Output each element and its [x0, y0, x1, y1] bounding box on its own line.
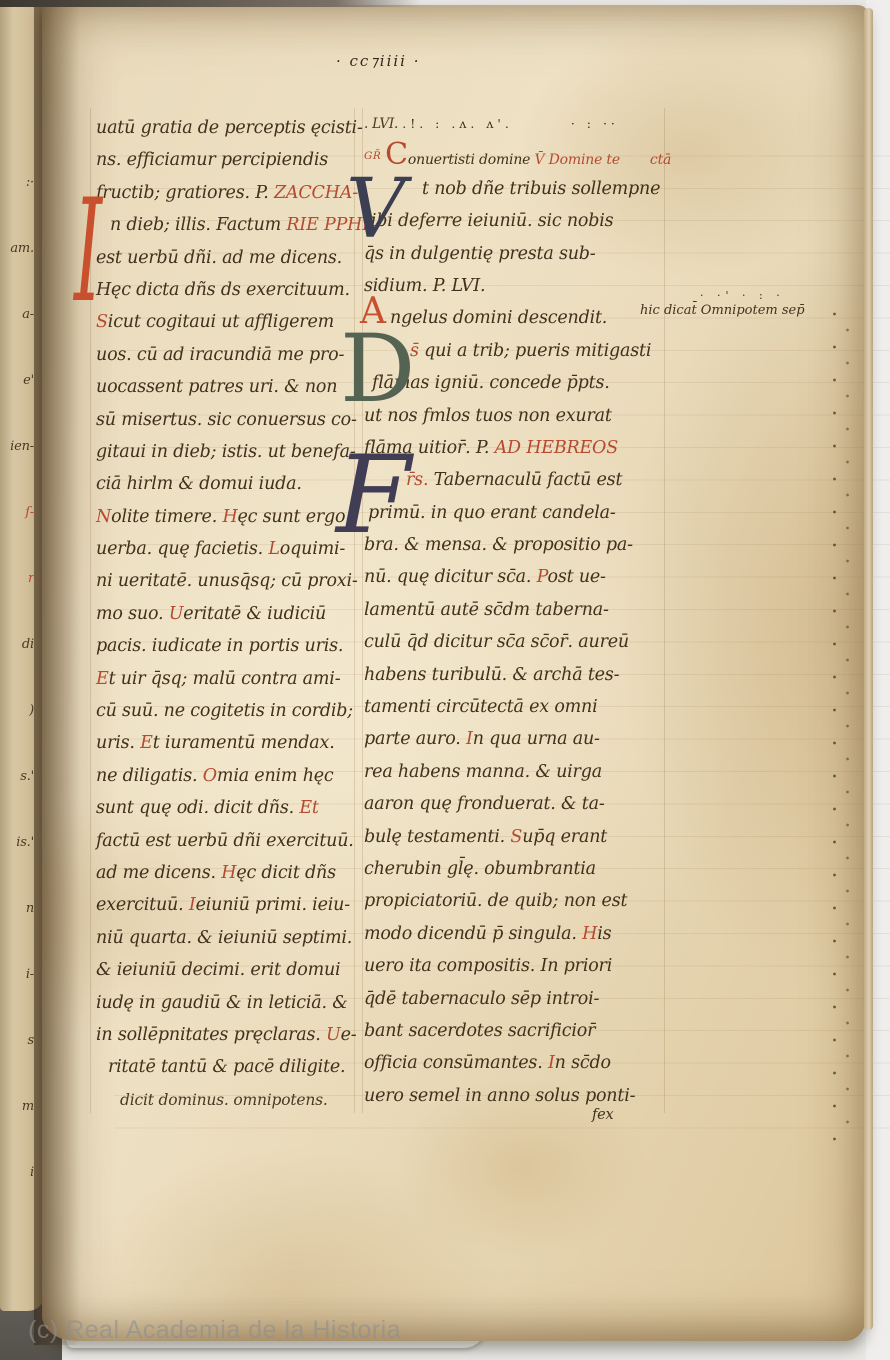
body-text: ien- — [10, 439, 34, 454]
body-text: bant sacerdotes sacrificior̄ — [364, 1021, 595, 1041]
body-text: ęc dicit dñs — [236, 863, 336, 883]
body-text: eritatē & iudiciū — [183, 604, 326, 624]
body-text: pacis. iudicate in portis uris. — [96, 636, 343, 656]
rubric-text: AD HEBREOS — [495, 438, 618, 458]
text-line: cherubin gl̄ę. obumbrantia — [364, 853, 666, 885]
body-text: in sollēpnitates pręclaras. — [96, 1025, 326, 1045]
body-text: gitaui in dieb; istis. ut benefa- — [96, 442, 356, 462]
body-text: :· — [26, 175, 34, 190]
text-line: ) — [0, 678, 34, 744]
body-text: n dieb; illis. Factum — [110, 215, 286, 235]
manuscript-photo: · cc⁊iiii · :·am.a-e'ien-ſ-rdi)s.'is.'ni… — [0, 0, 890, 1360]
rubric-text: N — [96, 507, 111, 527]
body-text: uero ita compositis. In priori — [364, 956, 612, 976]
body-text: Tabernaculū factū est — [434, 470, 623, 490]
body-text: cū suū. ne cogitetis in cordib; — [96, 701, 353, 721]
rubric-text: ſ- — [25, 505, 34, 520]
body-text: uerba. quę facietis. — [96, 539, 268, 559]
text-line: tamenti circūtectā ex omni — [364, 691, 666, 723]
body-text: .!. : .ʌ. ʌ'. — [402, 116, 513, 131]
body-text: i- — [26, 967, 34, 982]
page-top-edge — [0, 0, 420, 7]
text-line: sidium. P. LVI. — [364, 270, 666, 302]
body-text: qui a trib; pueris mitigasti — [424, 341, 651, 361]
text-line: tibi deferre ieiuniū. sic nobis — [364, 205, 666, 237]
text-line: Hęc dicta dñs ds exercituum. — [96, 274, 358, 306]
body-text: niū quarta. & ieiuniū septimi. — [96, 928, 352, 948]
rubric-text: E — [96, 669, 109, 689]
body-text: n — [26, 901, 34, 916]
rubric-text: r — [28, 571, 34, 586]
body-text: is.' — [16, 835, 34, 850]
text-line: Sicut cogitaui ut affligerem — [96, 306, 358, 338]
text-line: & ieiuniū decimi. erit domui — [96, 954, 358, 986]
body-text: is — [597, 924, 611, 944]
body-text: uero semel in anno solus ponti- — [364, 1086, 635, 1106]
rubric-text: E — [140, 733, 153, 753]
body-text: rea habens manna. & uirga — [364, 762, 602, 782]
text-line: n — [0, 876, 34, 942]
pricking-dots — [846, 328, 849, 1128]
body-text: uocassent patres uri. & non — [96, 377, 337, 397]
left-text-column: uatū gratia de perceptis ęcisti-ns. effi… — [96, 112, 358, 1116]
initial-v-collect: V — [346, 170, 405, 250]
body-text: Hęc dicta dñs ds exercituum. — [96, 280, 350, 300]
rubric-text: I — [189, 895, 196, 915]
rubric-text: U — [169, 604, 184, 624]
body-text: exercituū. — [96, 895, 189, 915]
pricking-dots — [833, 312, 836, 1144]
text-line: factū est uerbū dñi exercituū. — [96, 825, 358, 857]
body-text: e' — [23, 373, 34, 388]
text-line: uocassent patres uri. & non — [96, 371, 358, 403]
text-line: q̄s in dulgentię presta sub- — [364, 238, 666, 270]
body-text: onuertisti domine — [408, 152, 535, 168]
body-text: s.' — [20, 769, 34, 784]
body-text: mo suo. — [96, 604, 169, 624]
text-line: ciā hirlm & domui iuda. — [96, 468, 358, 500]
text-line: i- — [0, 942, 34, 1008]
text-line: i — [0, 1140, 34, 1206]
body-text: sunt quę odi. dicit dñs. — [96, 798, 299, 818]
body-text: & ieiuniū decimi. erit domui — [96, 960, 340, 980]
initial-i-lectio: I — [74, 196, 102, 308]
text-line: lamentū autē sc̄dm taberna- — [364, 594, 666, 626]
body-text: ns. efficiamur percipiendis — [96, 150, 328, 170]
text-line: niū quarta. & ieiuniū septimi. — [96, 922, 358, 954]
text-line: in sollēpnitates pręclaras. Ue- — [96, 1019, 358, 1051]
body-text: eiuniū primi. ieiu- — [196, 895, 350, 915]
text-line: aaron quę fronduerat. & ta- — [364, 788, 666, 820]
body-text: iudę in gaudiū & in leticiā. & — [96, 993, 348, 1013]
body-text: uos. cū ad iracundiā me pro- — [96, 345, 344, 365]
body-text: ) — [29, 703, 34, 718]
text-line: bant sacerdotes sacrificior̄ — [364, 1015, 666, 1047]
text-line: nū. quę dicitur sc̄a. Post ue- — [364, 561, 666, 593]
facing-page-text-fragments: :·am.a-e'ien-ſ-rdi)s.'is.'ni-smi — [0, 150, 34, 1206]
text-line: gitaui in dieb; istis. ut benefa- — [96, 436, 358, 468]
right-text-column: . LVI. .!. : .ʌ. ʌ'.· : ··GR̄ Conuertist… — [364, 108, 666, 1125]
fore-edge — [864, 8, 873, 1330]
body-text: fructib; gratiores. P. — [96, 183, 274, 203]
text-line: uatū gratia de perceptis ęcisti- — [96, 112, 358, 144]
text-line: modo dicendū p̄ singula. His — [364, 918, 666, 950]
body-text: cherubin gl̄ę. obumbrantia — [364, 859, 596, 879]
body-text: s — [28, 1033, 34, 1048]
text-line: ſ- — [0, 480, 34, 546]
body-text: factū est uerbū dñi exercituū. — [96, 831, 354, 851]
body-text: a- — [22, 307, 34, 322]
body-text: tamenti circūtectā ex omni — [364, 697, 598, 717]
rubric-text: S — [510, 827, 522, 847]
body-text: est uerbū dñi. ad me dicens. — [96, 248, 342, 268]
body-text: ost ue- — [548, 567, 606, 587]
body-text: up̄q erant — [522, 827, 607, 847]
body-text: q̄dē tabernaculo sēp introi- — [364, 989, 599, 1009]
text-line: ad me dicens. Hęc dicit dñs — [96, 857, 358, 889]
text-line: e' — [0, 348, 34, 414]
body-text: habens turibulū. & archā tes- — [364, 665, 619, 685]
body-text: ciā hirlm & domui iuda. — [96, 474, 302, 494]
text-line: sū misertus. sic conuersus co- — [96, 404, 358, 436]
body-text: ęc sunt ergo — [238, 507, 346, 527]
body-text: e- — [341, 1025, 357, 1045]
rubric-text: H — [221, 863, 236, 883]
text-line: uero semel in anno solus ponti- — [364, 1080, 666, 1112]
text-line: Et uir q̄sq; malū contra ami- — [96, 663, 358, 695]
body-text: mia enim hęc — [217, 766, 334, 786]
text-line: officia consūmantes. In sc̄do — [364, 1047, 666, 1079]
text-line: fructib; gratiores. P. ZACCHA- — [96, 177, 358, 209]
text-line: t nob dñe tribuis sollempne — [364, 173, 666, 205]
body-text: t iuramentū mendax. — [153, 733, 335, 753]
text-line: ni ueritatē. unusq̄sq; cū proxi- — [96, 565, 358, 597]
body-text: uatū gratia de perceptis ęcisti- — [96, 118, 363, 138]
margin-note-neumes: · ·' · : · — [640, 288, 855, 303]
text-line: s — [0, 1008, 34, 1074]
text-line: dicit dominus. omnipotens. — [96, 1084, 358, 1116]
text-line: bulę testamenti. Sup̄q erant — [364, 821, 666, 853]
body-text: . LVI. — [364, 116, 402, 132]
rubric-text: U — [326, 1025, 341, 1045]
rubric-text: H — [222, 507, 237, 527]
text-line: ien- — [0, 414, 34, 480]
body-text: bulę testamenti. — [364, 827, 510, 847]
body-text: culū q̄d dicitur sc̄a sc̄or̄. aureū — [364, 632, 629, 652]
text-line: uos. cū ad iracundiā me pro- — [96, 339, 358, 371]
text-line: :· — [0, 150, 34, 216]
text-line: am. — [0, 216, 34, 282]
text-line: uerba. quę facietis. Loquimi- — [96, 533, 358, 565]
body-text: dicit dominus. omnipotens. — [120, 1091, 328, 1109]
text-line: Nolite timere. Hęc sunt ergo — [96, 501, 358, 533]
text-line: q̄dē tabernaculo sēp introi- — [364, 983, 666, 1015]
text-line: exercituū. Ieiuniū primi. ieiu- — [96, 889, 358, 921]
rubric-text: L — [268, 539, 279, 559]
rubric-text: V̄ Domine te — [534, 152, 619, 168]
body-text: icut cogitaui ut affligerem — [108, 312, 334, 332]
text-line: di — [0, 612, 34, 678]
body-text: fex — [592, 1107, 614, 1123]
folio-number: · cc⁊iiii · — [336, 52, 421, 70]
text-line: rea habens manna. & uirga — [364, 756, 666, 788]
body-text: ne diligatis. — [96, 766, 203, 786]
rubric-text: O — [203, 766, 217, 786]
text-line: propiciatoriū. de quib; non est — [364, 885, 666, 917]
body-text: nū. quę dicitur sc̄a. — [364, 567, 537, 587]
column-rule-mid-b — [362, 108, 363, 1113]
body-text: i — [30, 1165, 34, 1180]
body-text: parte auro. — [364, 729, 466, 749]
body-text: uris. — [96, 733, 140, 753]
body-text: ngelus domini descendit. — [390, 308, 607, 328]
text-line: GR̄ Conuertisti domine V̄ Domine tectā — [364, 140, 666, 172]
rubric-text: P — [537, 567, 548, 587]
body-text: olite timere. — [111, 507, 222, 527]
body-text: propiciatoriū. de quib; non est — [364, 891, 627, 911]
initial-d-deus: D — [340, 324, 415, 416]
text-line: mo suo. Ueritatē & iudiciū — [96, 598, 358, 630]
rubric-text: Et — [299, 798, 318, 818]
body-text: t uir q̄sq; malū contra ami- — [109, 669, 341, 689]
text-line: habens turibulū. & archā tes- — [364, 659, 666, 691]
text-line: sunt quę odi. dicit dñs. Et — [96, 792, 358, 824]
body-text: n sc̄do — [555, 1053, 611, 1073]
rubric-text: ctā — [650, 152, 671, 168]
text-line: . LVI. .!. : .ʌ. ʌ'.· : ·· — [364, 108, 666, 140]
text-line: parte auro. In qua urna au- — [364, 723, 666, 755]
body-text: am. — [10, 241, 34, 256]
body-text: · : ·· — [571, 116, 619, 131]
body-text: modo dicendū p̄ singula. — [364, 924, 582, 944]
body-text: lamentū autē sc̄dm taberna- — [364, 600, 609, 620]
rubric-text: H — [582, 924, 597, 944]
text-line: ns. efficiamur percipiendis — [96, 144, 358, 176]
text-line: ne diligatis. Omia enim hęc — [96, 760, 358, 792]
text-line: iudę in gaudiū & in leticiā. & — [96, 987, 358, 1019]
body-text: t nob dñe tribuis sollempne — [422, 179, 660, 199]
rubric-text: I — [466, 729, 473, 749]
margin-note-text: hic dicat̄ Omnipotem sep̄ — [640, 303, 805, 318]
text-line: m — [0, 1074, 34, 1140]
body-text: ritatē tantū & pacē diligite. — [108, 1057, 345, 1077]
text-line: is.' — [0, 810, 34, 876]
text-line: ritatē tantū & pacē diligite. — [96, 1051, 358, 1083]
text-line: est uerbū dñi. ad me dicens. — [96, 242, 358, 274]
margin-note: · ·' · : · hic dicat̄ Omnipotem sep̄ — [640, 288, 855, 318]
text-line: culū q̄d dicitur sc̄a sc̄or̄. aureū — [364, 626, 666, 658]
body-text: officia consūmantes. — [364, 1053, 548, 1073]
text-line: s.' — [0, 744, 34, 810]
rubric-text: GR̄ — [364, 150, 385, 162]
body-text: ad me dicens. — [96, 863, 221, 883]
text-line: r — [0, 546, 34, 612]
text-line: pacis. iudicate in portis uris. — [96, 630, 358, 662]
body-text: ni ueritatē. unusq̄sq; cū proxi- — [96, 571, 358, 591]
text-line: uero ita compositis. In priori — [364, 950, 666, 982]
text-line: cū suū. ne cogitetis in cordib; — [96, 695, 358, 727]
body-text: di — [22, 637, 34, 652]
text-line: a- — [0, 282, 34, 348]
text-line: uris. Et iuramentū mendax. — [96, 727, 358, 759]
copyright-watermark: (c) Real Academia de la Historia — [28, 1316, 401, 1345]
initial-f-fratres: F — [336, 448, 411, 544]
body-text: m — [22, 1099, 34, 1114]
body-text: n qua urna au- — [473, 729, 600, 749]
body-text: sū misertus. sic conuersus co- — [96, 410, 357, 430]
body-text: aaron quę fronduerat. & ta- — [364, 794, 605, 814]
rubric-text: I — [548, 1053, 555, 1073]
text-line: n dieb; illis. Factum RIE PPHE — [96, 209, 358, 241]
